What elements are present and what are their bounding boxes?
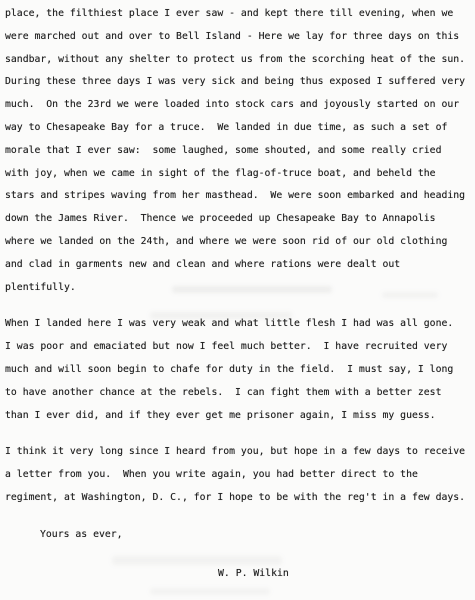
letter-line: During these three days I was very sick … bbox=[0, 71, 475, 94]
bleed-through-smudge bbox=[150, 588, 270, 595]
letter-line: place, the filthiest place I ever saw - … bbox=[0, 3, 475, 26]
letter-line: I think it very long since I heard from … bbox=[0, 441, 475, 464]
letter-line: to have another chance at the rebels. I … bbox=[0, 382, 475, 405]
letter-line: down the James River. Thence we proceede… bbox=[0, 208, 475, 231]
letter-line: than I ever did, and if they ever get me… bbox=[0, 405, 475, 428]
letter-line: much and will soon begin to chafe for du… bbox=[0, 359, 475, 382]
letter-line: were marched out and over to Bell Island… bbox=[0, 26, 475, 49]
letter-line: way to Chesapeake Bay for a truce. We la… bbox=[0, 117, 475, 140]
letter-line: plentifully. bbox=[0, 277, 475, 300]
letter-line: much. On the 23rd we were loaded into st… bbox=[0, 94, 475, 117]
letter-closing: Yours as ever, bbox=[0, 524, 475, 547]
letter-paragraph-1: place, the filthiest place I ever saw - … bbox=[0, 3, 475, 299]
letter-line: sandbar, without any shelter to protect … bbox=[0, 49, 475, 72]
letter-line: with joy, when we came in sight of the f… bbox=[0, 163, 475, 186]
letter-line: morale that I ever saw: some laughed, so… bbox=[0, 140, 475, 163]
letter-page: place, the filthiest place I ever saw - … bbox=[0, 0, 475, 600]
letter-line: regiment, at Washington, D. C., for I ho… bbox=[0, 487, 475, 510]
letter-paragraph-3: I think it very long since I heard from … bbox=[0, 441, 475, 509]
letter-line: and clad in garments new and clean and w… bbox=[0, 254, 475, 277]
letter-paragraph-2: When I landed here I was very weak and w… bbox=[0, 313, 475, 427]
letter-line: When I landed here I was very weak and w… bbox=[0, 313, 475, 336]
letter-line: a letter from you. When you write again,… bbox=[0, 464, 475, 487]
letter-line: where we landed on the 24th, and where w… bbox=[0, 231, 475, 254]
letter-signature: W. P. Wilkin bbox=[0, 563, 475, 586]
letter-line: I was poor and emaciated but now I feel … bbox=[0, 336, 475, 359]
letter-line: stars and stripes waving from her masthe… bbox=[0, 185, 475, 208]
